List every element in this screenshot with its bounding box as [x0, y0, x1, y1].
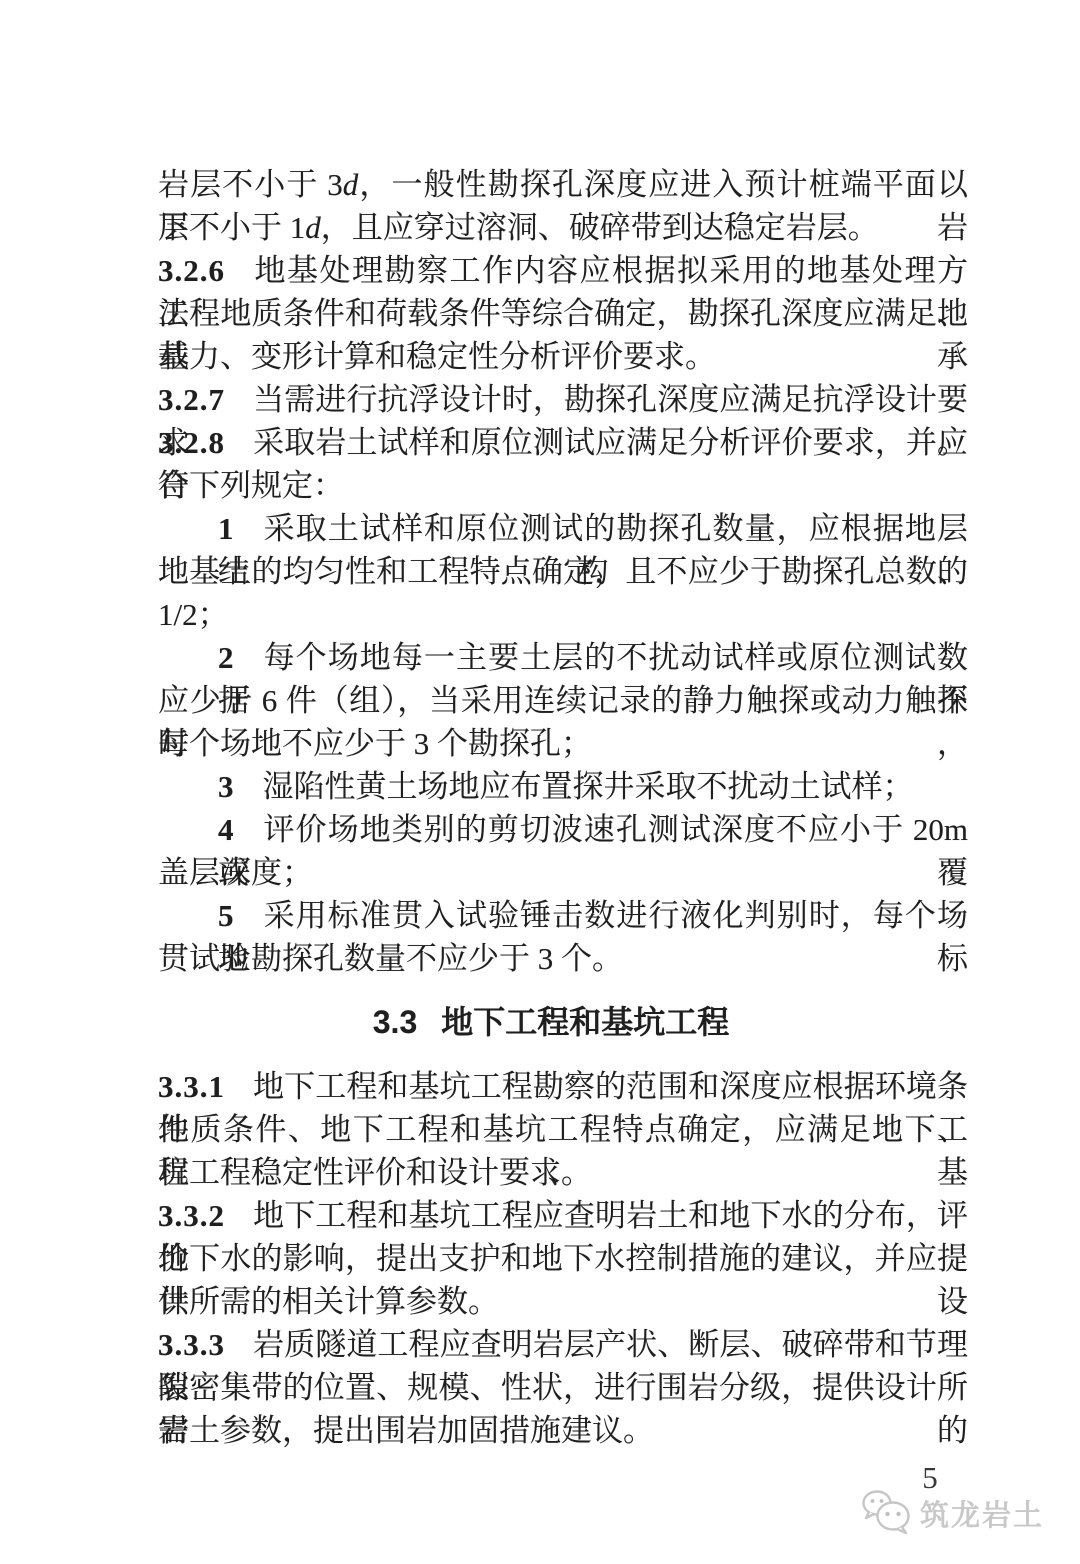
- text-line: 地质条件、地下工程和基坑工程特点确定，应满足地下工程、基: [158, 1108, 968, 1151]
- text-line: 4评价场地类别的剪切波速孔测试深度不应小于 20m 或覆: [158, 808, 968, 851]
- text-line: 5采用标准贯入试验锤击数进行液化判别时，每个场地标: [158, 894, 968, 937]
- wechat-bubbles-icon: [860, 1488, 914, 1539]
- text-line: 3.3.1地下工程和基坑工程勘察的范围和深度应根据环境条件、: [158, 1065, 968, 1108]
- text-line: 工程地质条件和荷载条件等综合确定，勘探孔深度应满足地基承: [158, 292, 968, 335]
- document-body: 岩层不小于 3d，一般性勘探孔深度应进入预计桩端平面以下岩层不小于 1d，且应穿…: [158, 163, 968, 1452]
- text-line: 3.2.7当需进行抗浮设计时，勘探孔深度应满足抗浮设计要求。: [158, 378, 968, 421]
- text-line: 地基土的均匀性和工程特点确定，且不应少于勘探孔总数的: [158, 550, 968, 593]
- text-line: 3.2.8采取岩土试样和原位测试应满足分析评价要求，并应符: [158, 421, 968, 464]
- text-line: 应少于 6 件（组），当采用连续记录的静力触探或动力触探时，: [158, 679, 968, 722]
- text-line: 3.3.3岩质隧道工程应查明岩层产状、断层、破碎带和节理裂: [158, 1323, 968, 1366]
- text-line: 合下列规定：: [158, 464, 968, 507]
- text-line: 层不小于 1d，且应穿过溶洞、破碎带到达稳定岩层。: [158, 206, 968, 249]
- text-line: 3.3.2地下工程和基坑工程应查明岩土和地下水的分布，评价: [158, 1194, 968, 1237]
- text-line: 隙密集带的位置、规模、性状，进行围岩分级，提供设计所需的: [158, 1366, 968, 1409]
- text-line: 3.2.6地基处理勘察工作内容应根据拟采用的地基处理方法、: [158, 249, 968, 292]
- watermark: 筑龙岩土: [860, 1488, 1044, 1539]
- watermark-label: 筑龙岩土: [920, 1493, 1044, 1534]
- scanned-document-page: { "page": { "background": "#ffffff", "te…: [0, 0, 1080, 1564]
- text-line: 1采取土试样和原位测试的勘探孔数量，应根据地层结构、: [158, 507, 968, 550]
- section-heading: 3.3地下工程和基坑工程: [158, 1001, 968, 1044]
- text-line: 2每个场地每一主要土层的不扰动试样或原位测试数据不: [158, 636, 968, 679]
- text-line: 1/2；: [158, 593, 968, 636]
- text-line: 地下水的影响，提出支护和地下水控制措施的建议，并应提供设: [158, 1237, 968, 1280]
- text-line: 3湿陷性黄土场地应布置探井采取不扰动土试样；: [158, 765, 968, 808]
- text-line: 岩层不小于 3d，一般性勘探孔深度应进入预计桩端平面以下岩: [158, 163, 968, 206]
